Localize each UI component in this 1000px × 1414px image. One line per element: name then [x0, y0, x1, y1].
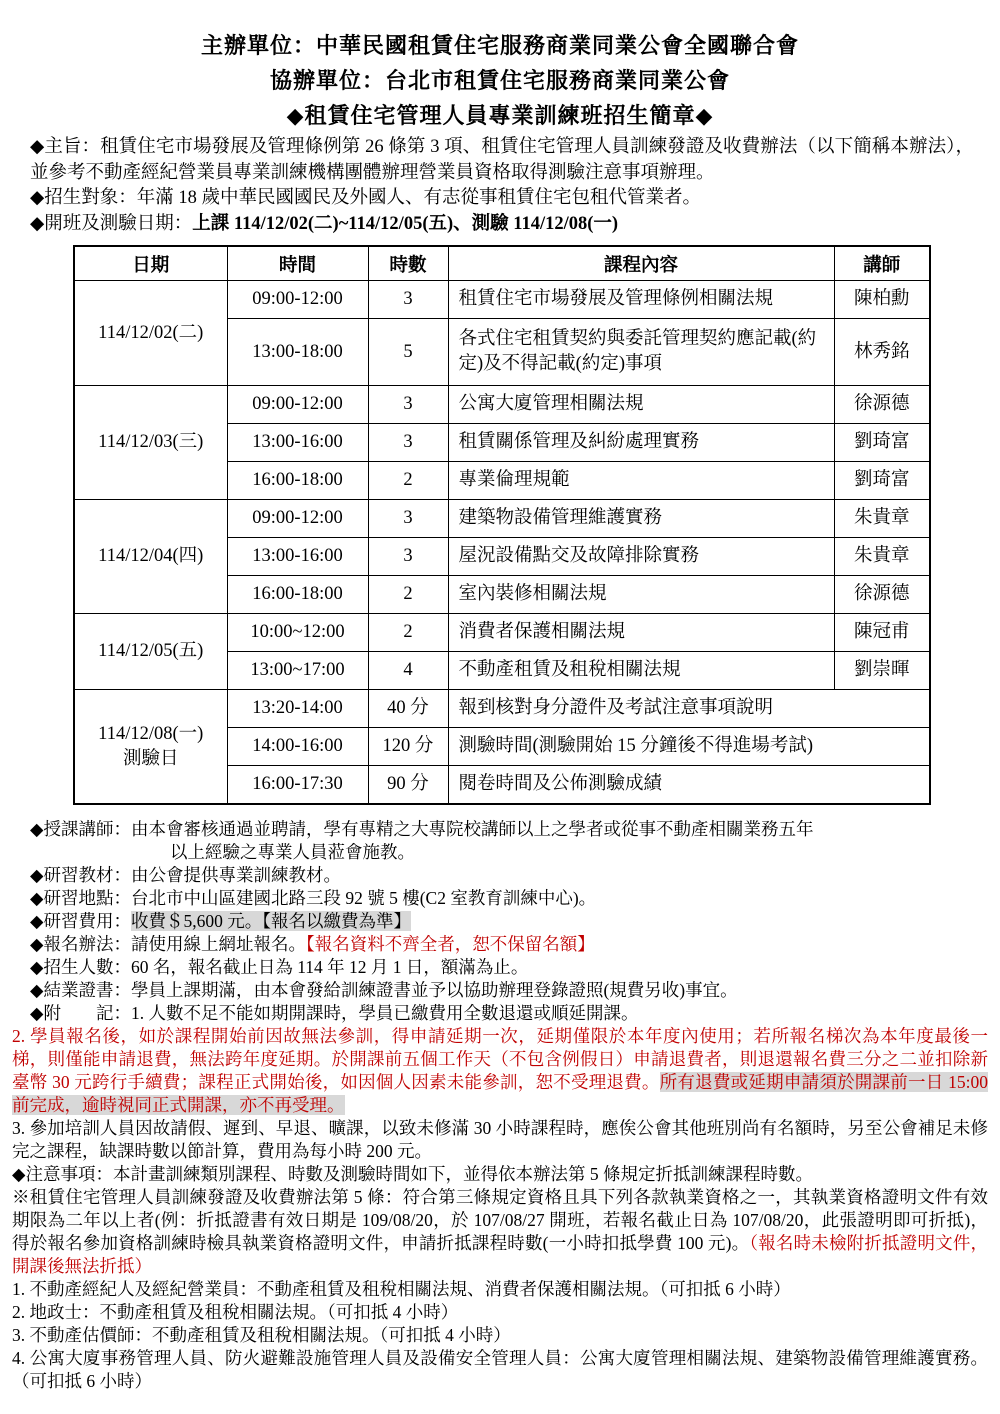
fee-label: ◆研習費用：	[30, 911, 131, 931]
teacher-cell: 劉琦富	[834, 424, 930, 462]
teacher-cell: 朱貴章	[834, 500, 930, 538]
target-paragraph: ◆招生對象：年滿 18 歲中華民國國民及外國人、有志從事租賃住宅包租代管業者。	[30, 186, 974, 212]
date-cell: 114/12/08(一)測驗日	[74, 690, 227, 805]
teacher-cell: 朱貴章	[834, 538, 930, 576]
time-cell: 14:00-16:00	[227, 728, 368, 766]
rule5-paragraph: ※租賃住宅管理人員訓練發證及收費辦法第 5 條：符合第三條規定資格且具下列各款執…	[12, 1186, 988, 1278]
table-row: 114/12/04(四) 09:00-12:00 3 建築物設備管理維護實務 朱…	[74, 500, 930, 538]
fee-paragraph: ◆研習費用：收費＄5,600 元。【報名以繳費為準】	[30, 910, 974, 933]
table-row: 114/12/05(五) 10:00~12:00 2 消費者保護相關法規 陳冠甫	[74, 614, 930, 652]
content-cell: 建築物設備管理維護實務	[448, 500, 834, 538]
date-cell: 114/12/04(四)	[74, 500, 227, 614]
time-cell: 10:00~12:00	[227, 614, 368, 652]
exam-date: 114/12/08(一)	[98, 724, 203, 744]
content-cell: 公寓大廈管理相關法規	[448, 386, 834, 424]
registration-label: ◆報名辦法：請使用線上網址報名。	[30, 934, 306, 954]
time-cell: 13:00-18:00	[227, 319, 368, 386]
content-cell: 閱卷時間及公佈測驗成績	[448, 766, 930, 805]
notice-paragraph: ◆注意事項：本計畫訓練類別課程、時數及測驗時間如下，並得依本辦法第 5 條規定折…	[12, 1163, 988, 1186]
deduction3-paragraph: 3. 不動產估價師：不動產租賃及租稅相關法規。（可扣抵 4 小時）	[12, 1324, 988, 1347]
hours-cell: 2	[368, 614, 448, 652]
registration-warning: 【報名資料不齊全者，恕不保留名額】	[306, 934, 595, 954]
teacher-cell: 徐源德	[834, 386, 930, 424]
lecturer-line1: ◆授課講師：由本會審核通過並聘請，學有專精之大專院校講師以上之學者或從事不動產相…	[30, 819, 813, 839]
co-organizer-title: 協辦單位：台北市租賃住宅服務商業同業公會	[0, 63, 1000, 98]
purpose-paragraph: ◆主旨：租賃住宅市場發展及管理條例第 26 條第 3 項、租賃住宅管理人員訓練發…	[30, 135, 974, 186]
time-cell: 16:00-17:30	[227, 766, 368, 805]
content-cell: 專業倫理規範	[448, 462, 834, 500]
hours-cell: 3	[368, 424, 448, 462]
teacher-cell: 徐源德	[834, 576, 930, 614]
lecturer-paragraph: ◆授課講師：由本會審核通過並聘請，學有專精之大專院校講師以上之學者或從事不動產相…	[30, 818, 974, 864]
time-cell: 09:00-12:00	[227, 500, 368, 538]
title-block: 主辦單位：中華民國租賃住宅服務商業同業公會全國聯合會 協辦單位：台北市租賃住宅服…	[0, 28, 1000, 133]
document-heading: ◆租賃住宅管理人員專業訓練班招生簡章◆	[0, 98, 1000, 133]
hours-cell: 90 分	[368, 766, 448, 805]
content-cell: 不動產租賃及租稅相關法規	[448, 652, 834, 690]
table-header-row: 日期 時間 時數 課程內容 講師	[74, 246, 930, 281]
appendix2-paragraph: 2. 學員報名後，如於課程開始前因故無法參訓，得申請延期一次，延期僅限於本年度內…	[12, 1025, 988, 1117]
deduction4-paragraph: 4. 公寓大廈事務管理人員、防火避難設施管理人員及設備安全管理人員：公寓大廈管理…	[12, 1347, 988, 1393]
fee-value-highlight: 收費＄5,600 元。【報名以繳費為準】	[131, 911, 411, 931]
table-row: 114/12/03(三) 09:00-12:00 3 公寓大廈管理相關法規 徐源…	[74, 386, 930, 424]
time-cell: 13:20-14:00	[227, 690, 368, 728]
time-cell: 13:00-16:00	[227, 538, 368, 576]
time-cell: 13:00~17:00	[227, 652, 368, 690]
deduction1-paragraph: 1. 不動產經紀人及經紀營業員：不動產租賃及租稅相關法規、消費者保護相關法規。（…	[12, 1278, 988, 1301]
details-section-lower: 2. 學員報名後，如於課程開始前因故無法參訓，得申請延期一次，延期僅限於本年度內…	[12, 1025, 988, 1393]
hours-cell: 4	[368, 652, 448, 690]
date-cell: 114/12/05(五)	[74, 614, 227, 690]
hours-cell: 2	[368, 462, 448, 500]
document-page: 主辦單位：中華民國租賃住宅服務商業同業公會全國聯合會 協辦單位：台北市租賃住宅服…	[0, 0, 1000, 1414]
capacity-paragraph: ◆招生人數：60 名，報名截止日為 114 年 12 月 1 日，額滿為止。	[30, 956, 974, 979]
date-cell: 114/12/03(三)	[74, 386, 227, 500]
exam-day-label: 測驗日	[123, 749, 179, 769]
content-cell: 室內裝修相關法規	[448, 576, 834, 614]
content-cell: 租賃住宅市場發展及管理條例相關法規	[448, 281, 834, 319]
content-cell: 消費者保護相關法規	[448, 614, 834, 652]
table-row: 114/12/02(二) 09:00-12:00 3 租賃住宅市場發展及管理條例…	[74, 281, 930, 319]
hours-cell: 5	[368, 319, 448, 386]
certificate-paragraph: ◆結業證書：學員上課期滿，由本會發給訓練證書並予以協助辦理登錄證照(規費另收)事…	[30, 979, 974, 1002]
intro-section: ◆主旨：租賃住宅市場發展及管理條例第 26 條第 3 項、租賃住宅管理人員訓練發…	[30, 135, 974, 237]
hours-cell: 2	[368, 576, 448, 614]
schedule-label: ◆開班及測驗日期：	[30, 214, 192, 234]
course-schedule-table: 日期 時間 時數 課程內容 講師 114/12/02(二) 09:00-12:0…	[73, 245, 931, 805]
table-row: 114/12/08(一)測驗日 13:20-14:00 40 分 報到核對身分證…	[74, 690, 930, 728]
hours-cell: 3	[368, 500, 448, 538]
teacher-cell: 陳冠甫	[834, 614, 930, 652]
content-cell: 報到核對身分證件及考試注意事項說明	[448, 690, 930, 728]
teacher-cell: 林秀銘	[834, 319, 930, 386]
materials-paragraph: ◆研習教材：由公會提供專業訓練教材。	[30, 864, 974, 887]
hours-cell: 40 分	[368, 690, 448, 728]
time-cell: 09:00-12:00	[227, 281, 368, 319]
time-cell: 16:00-18:00	[227, 462, 368, 500]
date-cell: 114/12/02(二)	[74, 281, 227, 386]
appendix1-paragraph: ◆附 記：1. 人數不足不能如期開課時，學員已繳費用全數退還或順延開課。	[30, 1002, 974, 1025]
content-cell: 測驗時間(測驗開始 15 分鐘後不得進場考試)	[448, 728, 930, 766]
hours-cell: 3	[368, 538, 448, 576]
teacher-cell: 劉琦富	[834, 462, 930, 500]
deduction2-paragraph: 2. 地政士：不動產租賃及租稅相關法規。（可扣抵 4 小時）	[12, 1301, 988, 1324]
details-section-upper: ◆授課講師：由本會審核通過並聘請，學有專精之大專院校講師以上之學者或從事不動產相…	[30, 818, 974, 1025]
content-cell: 屋況設備點交及故障排除實務	[448, 538, 834, 576]
location-paragraph: ◆研習地點：台北市中山區建國北路三段 92 號 5 樓(C2 室教育訓練中心)。	[30, 887, 974, 910]
header-content: 課程內容	[448, 246, 834, 281]
time-cell: 09:00-12:00	[227, 386, 368, 424]
content-cell: 租賃關係管理及糾紛處理實務	[448, 424, 834, 462]
organizer-title: 主辦單位：中華民國租賃住宅服務商業同業公會全國聯合會	[0, 28, 1000, 63]
schedule-paragraph: ◆開班及測驗日期：上課 114/12/02(二)~114/12/05(五)、測驗…	[30, 212, 974, 238]
header-hours: 時數	[368, 246, 448, 281]
content-cell: 各式住宅租賃契約與委託管理契約應記載(約定)及不得記載(約定)事項	[448, 319, 834, 386]
time-cell: 13:00-16:00	[227, 424, 368, 462]
lecturer-line2: 以上經驗之專業人員蒞會施教。	[30, 842, 415, 862]
teacher-cell: 劉崇暉	[834, 652, 930, 690]
header-date: 日期	[74, 246, 227, 281]
registration-paragraph: ◆報名辦法：請使用線上網址報名。【報名資料不齊全者，恕不保留名額】	[30, 933, 974, 956]
teacher-cell: 陳柏勳	[834, 281, 930, 319]
header-teacher: 講師	[834, 246, 930, 281]
hours-cell: 3	[368, 386, 448, 424]
schedule-value: 上課 114/12/02(二)~114/12/05(五)、測驗 114/12/0…	[192, 214, 618, 234]
hours-cell: 3	[368, 281, 448, 319]
time-cell: 16:00-18:00	[227, 576, 368, 614]
header-time: 時間	[227, 246, 368, 281]
appendix3-paragraph: 3. 參加培訓人員因故請假、遲到、早退、曠課，以致未修滿 30 小時課程時，應俟…	[12, 1117, 988, 1163]
hours-cell: 120 分	[368, 728, 448, 766]
